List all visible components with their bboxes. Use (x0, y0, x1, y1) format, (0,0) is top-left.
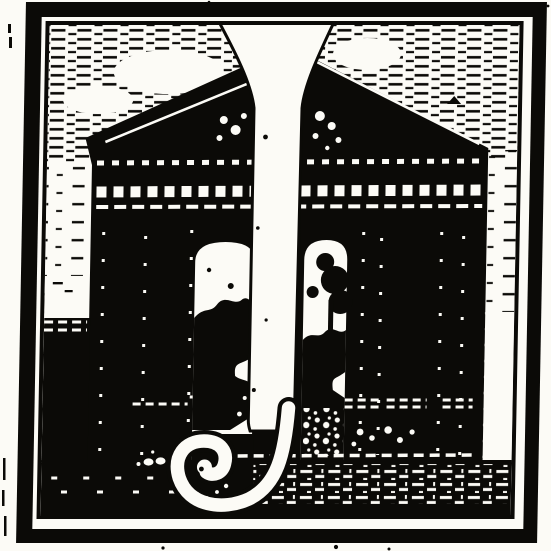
foliage-right (481, 312, 515, 458)
book-page: J (0, 0, 551, 551)
left-wall (42, 276, 91, 462)
arch-floor-texture (303, 408, 344, 456)
wall-panel (44, 276, 88, 318)
woodcut-print (16, 2, 547, 543)
ground-hatching (253, 464, 510, 504)
cloud (333, 38, 402, 70)
cloud (63, 86, 134, 114)
woodcut-initial-engraving (0, 0, 551, 551)
arch-left (192, 242, 258, 462)
